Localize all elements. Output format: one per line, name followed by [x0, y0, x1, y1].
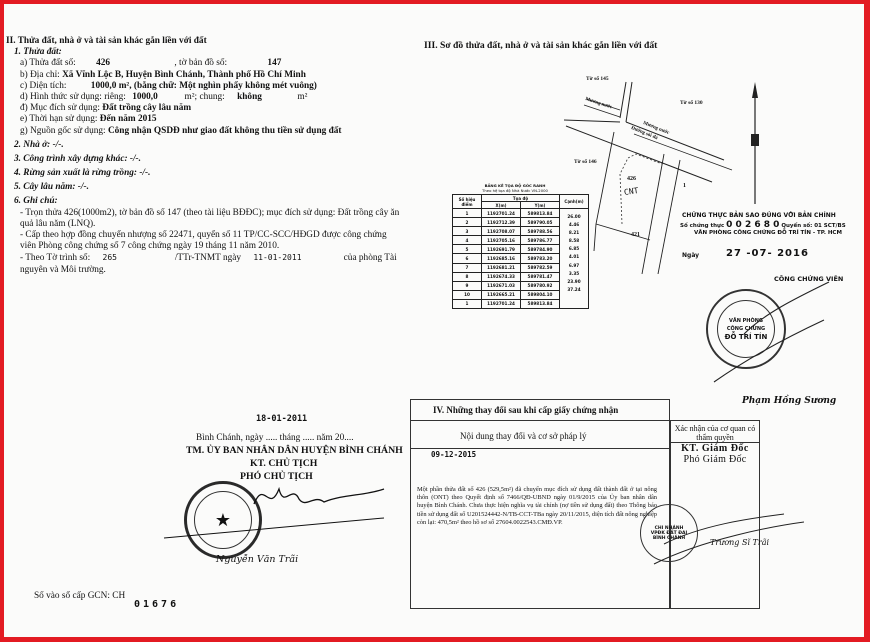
coord-cell-y: 589790.05 — [521, 218, 560, 227]
item3-construction: 3. Công trình xây dựng khác: -/-. — [6, 154, 411, 165]
coord-cell-point: 1 — [453, 299, 482, 308]
notary-signer-name: Phạm Hồng Sương — [742, 396, 836, 406]
usage-private-value: 1000,0 — [128, 92, 182, 102]
note-2: - Cấp theo hợp đồng chuyển nhượng số 224… — [6, 230, 411, 252]
coord-cell-point: 3 — [453, 227, 482, 236]
col-length: Cạnh(m) — [560, 195, 589, 209]
edge-length: 8.58 — [562, 237, 586, 245]
usage-unit: m² — [297, 92, 307, 102]
cert-number-label: Số chứng thực — [680, 223, 724, 229]
area-row: c) Diện tích: 1000,0 m², (bằng chữ: Một … — [6, 81, 411, 92]
confirm-role-1: KT. Giám Đốc — [671, 443, 759, 454]
label-parcel-426: 426 — [627, 176, 636, 182]
edge-length: 4.46 — [562, 221, 586, 229]
usage-shared-value: không — [227, 92, 295, 102]
cert-number: 0 0 2 6 8 0 — [726, 220, 779, 230]
certificate-page: II. Thửa đất, nhà ở và tài sản khác gắn … — [4, 4, 864, 637]
note3-number: 265 — [93, 252, 173, 263]
note-1: - Trọn thửa 426(1000m2), tờ bản đồ số 14… — [6, 208, 411, 230]
area-value: 1000,0 m², (bằng chữ: Một nghìn phẩy khô… — [69, 81, 317, 91]
address-value: Xã Vĩnh Lộc B, Huyện Bình Chánh, Thành p… — [62, 70, 306, 80]
origin-label: g) Nguồn gốc sử dụng: — [20, 126, 106, 136]
edge-length: 37.24 — [562, 286, 586, 294]
coord-cell-point: 1 — [453, 209, 482, 218]
coordinate-table-title: BẢNG KÊ TỌA ĐỘ GÓC RANH Theo hệ tọa độ N… — [452, 184, 578, 193]
label-sheet-130: Tờ số 130 — [680, 100, 703, 106]
map-label: , tờ bản đồ số: — [174, 58, 227, 68]
item2-house: 2. Nhà ở: -/-. — [6, 140, 411, 151]
section-land-info: II. Thửa đất, nhà ở và tài sản khác gắn … — [6, 36, 411, 276]
edge-lengths: 26.004.468.218.586.854.016.973.3523.9037… — [560, 209, 589, 309]
purpose-label: đ) Mục đích sử dụng: — [20, 103, 100, 113]
origin-row: g) Nguồn gốc sử dụng: Công nhận QSDĐ như… — [6, 126, 411, 137]
item4-forest: 4. Rừng sản xuất là rừng trồng: -/-. — [6, 168, 411, 179]
coord-cell-y: 589813.84 — [521, 299, 560, 308]
note-3: - Theo Tờ trình số: 265 /TTr-TNMT ngày 1… — [6, 252, 411, 275]
edge-length: 26.00 — [562, 213, 586, 221]
address-label: b) Địa chỉ: — [20, 70, 60, 80]
changes-col1-header: Nội dung thay đổi và cơ sở pháp lý — [460, 431, 587, 441]
issue-date-stamp: 18-01-2011 — [256, 414, 307, 424]
coord-cell-y: 589786.77 — [521, 236, 560, 245]
section2-title: II. Thửa đất, nhà ở và tài sản khác gắn … — [6, 36, 411, 47]
parcel-number-row: a) Thửa đất số: 426 , tờ bản đồ số: 147 — [6, 58, 411, 69]
section3-title: III. Sơ đồ thửa đất, nhà ở và tài sản kh… — [424, 40, 657, 51]
item5-perennial: 5. Cây lâu năm: -/-. — [6, 182, 411, 193]
cert-date-label: Ngày — [682, 252, 699, 259]
coordinate-table: Số hiệu điểm Tọa độ Cạnh(m) X(m) Y(m) 11… — [452, 194, 589, 309]
purpose-value: Đất trồng cây lâu năm — [102, 103, 191, 113]
coord-cell-x: 1192691.79 — [482, 245, 521, 254]
address-row: b) Địa chỉ: Xã Vĩnh Lộc B, Huyện Bình Ch… — [6, 70, 411, 81]
origin-value: Công nhận QSDĐ như giao đất không thu ti… — [108, 126, 342, 136]
confirm-role-2: Phó Giám Đốc — [671, 454, 759, 466]
item1-title: 1. Thửa đất: — [6, 47, 411, 58]
coord-cell-y: 589782.59 — [521, 263, 560, 272]
changes-col2-header: Xác nhận của cơ quan có thẩm quyền — [671, 421, 759, 442]
certification-line-3: VĂN PHÒNG CÔNG CHỨNG ĐỖ TRÍ TÍN - TP. HC… — [694, 230, 842, 236]
note3-prefix: - Theo Tờ trình số: — [20, 253, 90, 263]
item6-notes-title: 6. Ghi chú: — [6, 196, 411, 207]
coordinate-table-wrap: Số hiệu điểm Tọa độ Cạnh(m) X(m) Y(m) 11… — [452, 194, 589, 309]
edge-length: 8.21 — [562, 229, 586, 237]
section4-title: IV. Những thay đổi sau khi cấp giấy chứn… — [411, 400, 669, 421]
edge-length: 3.35 — [562, 270, 586, 278]
term-value: Đến năm 2015 — [100, 114, 157, 124]
coord-cell-y: 589781.47 — [521, 272, 560, 281]
notary-signature-stroke-icon — [694, 274, 834, 384]
purpose-row: đ) Mục đích sử dụng: Đất trồng cây lâu n… — [6, 103, 411, 114]
col-point: Số hiệu điểm — [453, 195, 482, 209]
col-coord: Tọa độ — [482, 195, 560, 202]
signer-name: Nguyễn Văn Trãi — [216, 554, 298, 565]
registry-number: 01676 — [134, 599, 179, 610]
col-y: Y(m) — [521, 202, 560, 209]
coord-cell-y: 589780.92 — [521, 281, 560, 290]
coord-cell-x: 1192701.24 — [482, 209, 521, 218]
coord-cell-x: 1192712.39 — [482, 218, 521, 227]
usage-form-label: d) Hình thức sử dụng: riêng: — [20, 92, 126, 102]
note3-mid: /TTr-TNMT ngày — [175, 253, 241, 263]
coord-cell-x: 1192705.16 — [482, 236, 521, 245]
issuing-org: TM. ỦY BAN NHÂN DÂN HUYỆN BÌNH CHÁNH — [186, 445, 403, 456]
term-label: e) Thời hạn sử dụng: — [20, 114, 97, 124]
col-x: X(m) — [482, 202, 521, 209]
cert-date: 27 -07- 2016 — [726, 248, 809, 259]
signature-stroke-icon — [154, 474, 414, 554]
label-parcel-421: 421 — [631, 232, 640, 238]
coord-cell-y: 589788.56 — [521, 227, 560, 236]
confirm-signature-stroke-icon — [604, 504, 804, 574]
label-sheet-145: Tờ số 145 — [586, 76, 609, 82]
note3-date: 11-01-2011 — [243, 252, 341, 263]
coord-cell-point: 2 — [453, 218, 482, 227]
header-divider — [411, 448, 671, 449]
coord-cell-x: 1192701.24 — [482, 299, 521, 308]
coord-cell-point: 5 — [453, 245, 482, 254]
parcel-label: a) Thửa đất số: — [20, 58, 76, 68]
area-label: c) Diện tích: — [20, 81, 66, 91]
coord-cell-y: 589813.84 — [521, 209, 560, 218]
edge-length: 6.85 — [562, 245, 586, 253]
usage-form-row: d) Hình thức sử dụng: riêng: 1000,0 m²; … — [6, 92, 411, 103]
certification-line-1: CHỨNG THỰC BẢN SAO ĐÚNG VỚI BẢN CHÍNH — [682, 212, 836, 219]
coord-title-2: Theo hệ tọa độ Nhà Nước VN-2000 — [452, 189, 578, 194]
coord-cell-y: 589804.10 — [521, 290, 560, 299]
signer-role-1: KT. CHỦ TỊCH — [250, 458, 317, 469]
confirm-signer-name: Trương Sĩ Trãi — [710, 538, 769, 547]
registry-label: Số vào sổ cấp GCN: CH — [34, 591, 125, 602]
coord-cell-point: 9 — [453, 281, 482, 290]
edge-length: 23.90 — [562, 278, 586, 286]
coord-cell-x: 1192674.33 — [482, 272, 521, 281]
coord-cell-x: 1192665.21 — [482, 290, 521, 299]
usage-shared-label: m²; chung: — [185, 92, 225, 102]
coord-cell-x: 1192681.21 — [482, 263, 521, 272]
coord-cell-point: 10 — [453, 290, 482, 299]
coord-cell-x: 1192685.16 — [482, 254, 521, 263]
label-parcel-1: 1 — [683, 183, 686, 189]
certification-line-2: Số chứng thực 0 0 2 6 8 0 Quyển số: 01 S… — [680, 220, 846, 230]
coord-cell-point: 4 — [453, 236, 482, 245]
coord-cell-point: 8 — [453, 272, 482, 281]
coord-cell-y: 589784.90 — [521, 245, 560, 254]
change-entry-date: 09-12-2015 — [431, 450, 476, 459]
place-date-line: Bình Chánh, ngày ..... tháng ..... năm 2… — [196, 433, 354, 444]
coord-cell-point: 6 — [453, 254, 482, 263]
coord-cell-x: 1192708.07 — [482, 227, 521, 236]
map-number: 147 — [229, 58, 281, 68]
term-row: e) Thời hạn sử dụng: Đến năm 2015 — [6, 114, 411, 125]
coordinate-row: 11192701.24589813.8426.004.468.218.586.8… — [453, 209, 589, 218]
label-sheet-146: Tờ số 146 — [574, 159, 597, 165]
edge-length: 4.01 — [562, 253, 586, 261]
coord-cell-point: 7 — [453, 263, 482, 272]
parcel-number: 426 — [78, 58, 172, 68]
edge-length: 6.97 — [562, 262, 586, 270]
cert-book: Quyển số: 01 SCT/BS — [781, 223, 845, 229]
coord-cell-x: 1192671.03 — [482, 281, 521, 290]
coord-cell-y: 589783.20 — [521, 254, 560, 263]
